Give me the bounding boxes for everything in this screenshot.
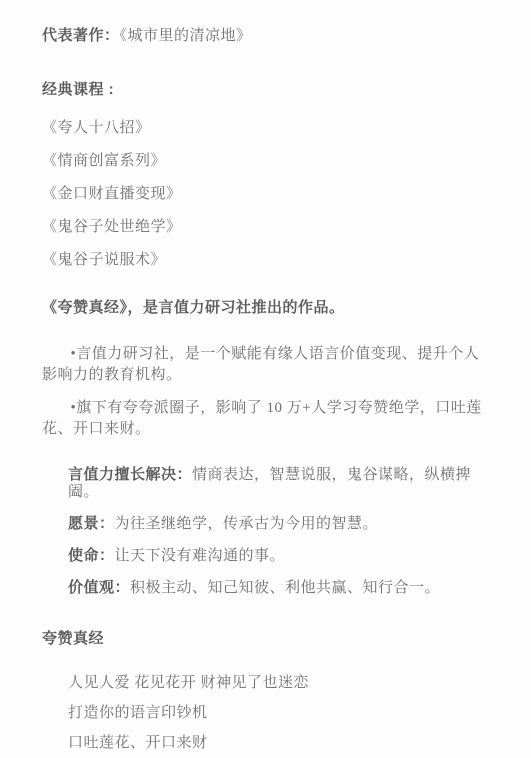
representative-works-value: 《城市里的清凉地》 [120,28,252,44]
mantra-heading: 夸赞真经 [42,630,493,647]
brand-intro-heading: 《夸赞真经》，是言值力研习社推出的作品。 [42,299,493,316]
vision-text: 为往圣继绝学，传承古为今用的智慧。 [115,516,379,532]
representative-works-label: 代表著作： [42,27,120,44]
mission-label: 使命： [68,547,115,564]
mantra-line: 口吐莲花、开口来财 [42,735,493,752]
strengths-line: 言值力擅长解决：情商表达，智慧说服，鬼谷谋略，纵横捭阖。 [42,466,493,501]
course-item: 《夸人十八招》 [42,120,493,137]
vision-label: 愿景： [68,515,115,532]
document-page: 代表著作：《城市里的清凉地》 经典课程 : 《夸人十八招》 《情商创富系列》 《… [0,0,531,758]
mantra-line: 人见人爱 花见花开 财神见了也迷恋 [42,675,493,692]
representative-works-line: 代表著作：《城市里的清凉地》 [42,27,493,45]
mantra-lines-group: 人见人爱 花见花开 财神见了也迷恋 打造你的语言印钞机 口吐莲花、开口来财 [42,675,493,752]
course-item: 《鬼谷子处世绝学》 [42,219,493,236]
mission-text: 让天下没有难沟通的事。 [115,548,286,564]
values-label: 价值观： [68,579,130,596]
values-text: 积极主动、知己知彼、利他共赢、知行合一。 [130,580,440,596]
strengths-label: 言值力擅长解决： [68,466,192,483]
course-item: 《金口财直播变现》 [42,186,493,203]
vision-line: 愿景：为往圣继绝学，传承古为今用的智慧。 [42,515,493,533]
mission-line: 使命：让天下没有难沟通的事。 [42,547,493,565]
brand-paragraph: •旗下有夸夸派圈子，影响了 10 万+人学习夸赞绝学，口吐莲花、开口来财。 [42,398,493,440]
brand-paragraph: •言值力研习社，是一个赋能有缘人语言价值变现、提升个人影响力的教育机构。 [42,344,493,386]
course-item: 《鬼谷子说服术》 [42,252,493,269]
classic-courses-heading: 经典课程 : [42,81,493,98]
values-line: 价值观：积极主动、知己知彼、利他共赢、知行合一。 [42,579,493,597]
courses-list: 《夸人十八招》 《情商创富系列》 《金口财直播变现》 《鬼谷子处世绝学》 《鬼谷… [42,120,493,269]
mantra-line: 打造你的语言印钞机 [42,705,493,722]
course-item: 《情商创富系列》 [42,153,493,170]
labeled-lines-group: 言值力擅长解决：情商表达，智慧说服，鬼谷谋略，纵横捭阖。 愿景：为往圣继绝学，传… [42,466,493,597]
